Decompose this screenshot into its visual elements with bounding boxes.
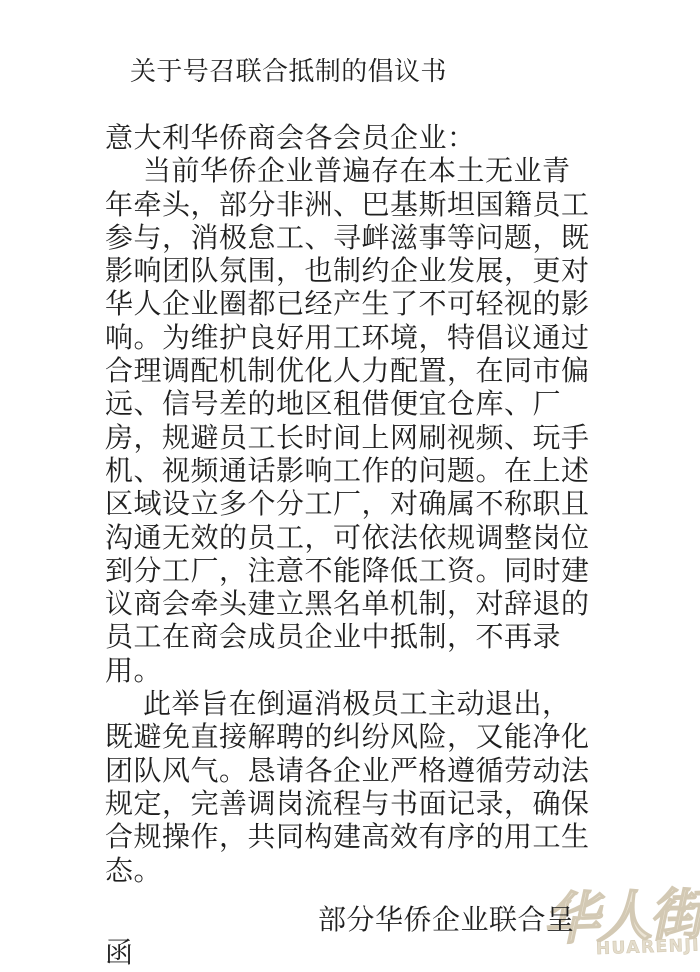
body-line: 影响团队氛围，也制约企业发展，更对 xyxy=(105,254,590,287)
body-line: 规定，完善调岗流程与书面记录，确保 xyxy=(105,787,590,820)
body-line: 议商会牵头建立黑名单机制，对辞退的 xyxy=(105,587,590,620)
body-line: 到分工厂，注意不能降低工资。同时建 xyxy=(105,554,590,587)
body-line: 机、视频通话影响工作的问题。在上述 xyxy=(105,454,590,487)
body-line: 态。 xyxy=(105,854,590,887)
body-line: 华人企业圈都已经产生了不可轻视的影 xyxy=(105,287,590,320)
body-line: 合理调配机制优化人力配置，在同市偏 xyxy=(105,354,590,387)
body-line: 年牵头，部分非洲、巴基斯坦国籍员工 xyxy=(105,188,590,221)
salutation-line: 意大利华侨商会各会员企业： xyxy=(105,121,590,154)
body-line: 既避免直接解聘的纠纷风险，又能净化 xyxy=(105,720,590,753)
body-line: 远、信号差的地区租借便宜仓库、厂 xyxy=(105,387,590,420)
body-line: 用。 xyxy=(105,654,590,687)
signature-line: 函 xyxy=(105,936,133,969)
body-line: 房，规避员工长时间上网刷视频、玩手 xyxy=(105,421,590,454)
body-line: 此举旨在倒逼消极员工主动退出， xyxy=(105,687,590,720)
body-line: 沟通无效的员工，可依法依规调整岗位 xyxy=(105,521,590,554)
body-line: 团队风气。恳请各企业严格遵循劳动法 xyxy=(105,754,590,787)
body-line: 参与，消极怠工、寻衅滋事等问题，既 xyxy=(105,221,590,254)
document-title: 关于号召联合抵制的倡议书 xyxy=(130,55,447,89)
body-line: 响。为维护良好用工环境，特倡议通过 xyxy=(105,321,590,354)
watermark-latin-text: HUARENJIE xyxy=(544,935,700,961)
body-line: 当前华侨企业普遍存在本土无业青 xyxy=(105,154,590,187)
body-line: 合规操作，共同构建高效有序的用工生 xyxy=(105,820,590,853)
body-line: 员工在商会成员企业中抵制，不再录 xyxy=(105,620,590,653)
signature-line: 部分华侨企业联合呈 xyxy=(318,903,575,936)
document-page: { "document": { "title": "关于号召联合抵制的倡议书",… xyxy=(0,0,700,972)
body-line: 区域设立多个分工厂，对确属不称职且 xyxy=(105,487,590,520)
document-body: 意大利华侨商会各会员企业： 当前华侨企业普遍存在本土无业青 年牵头，部分非洲、巴… xyxy=(105,121,590,887)
